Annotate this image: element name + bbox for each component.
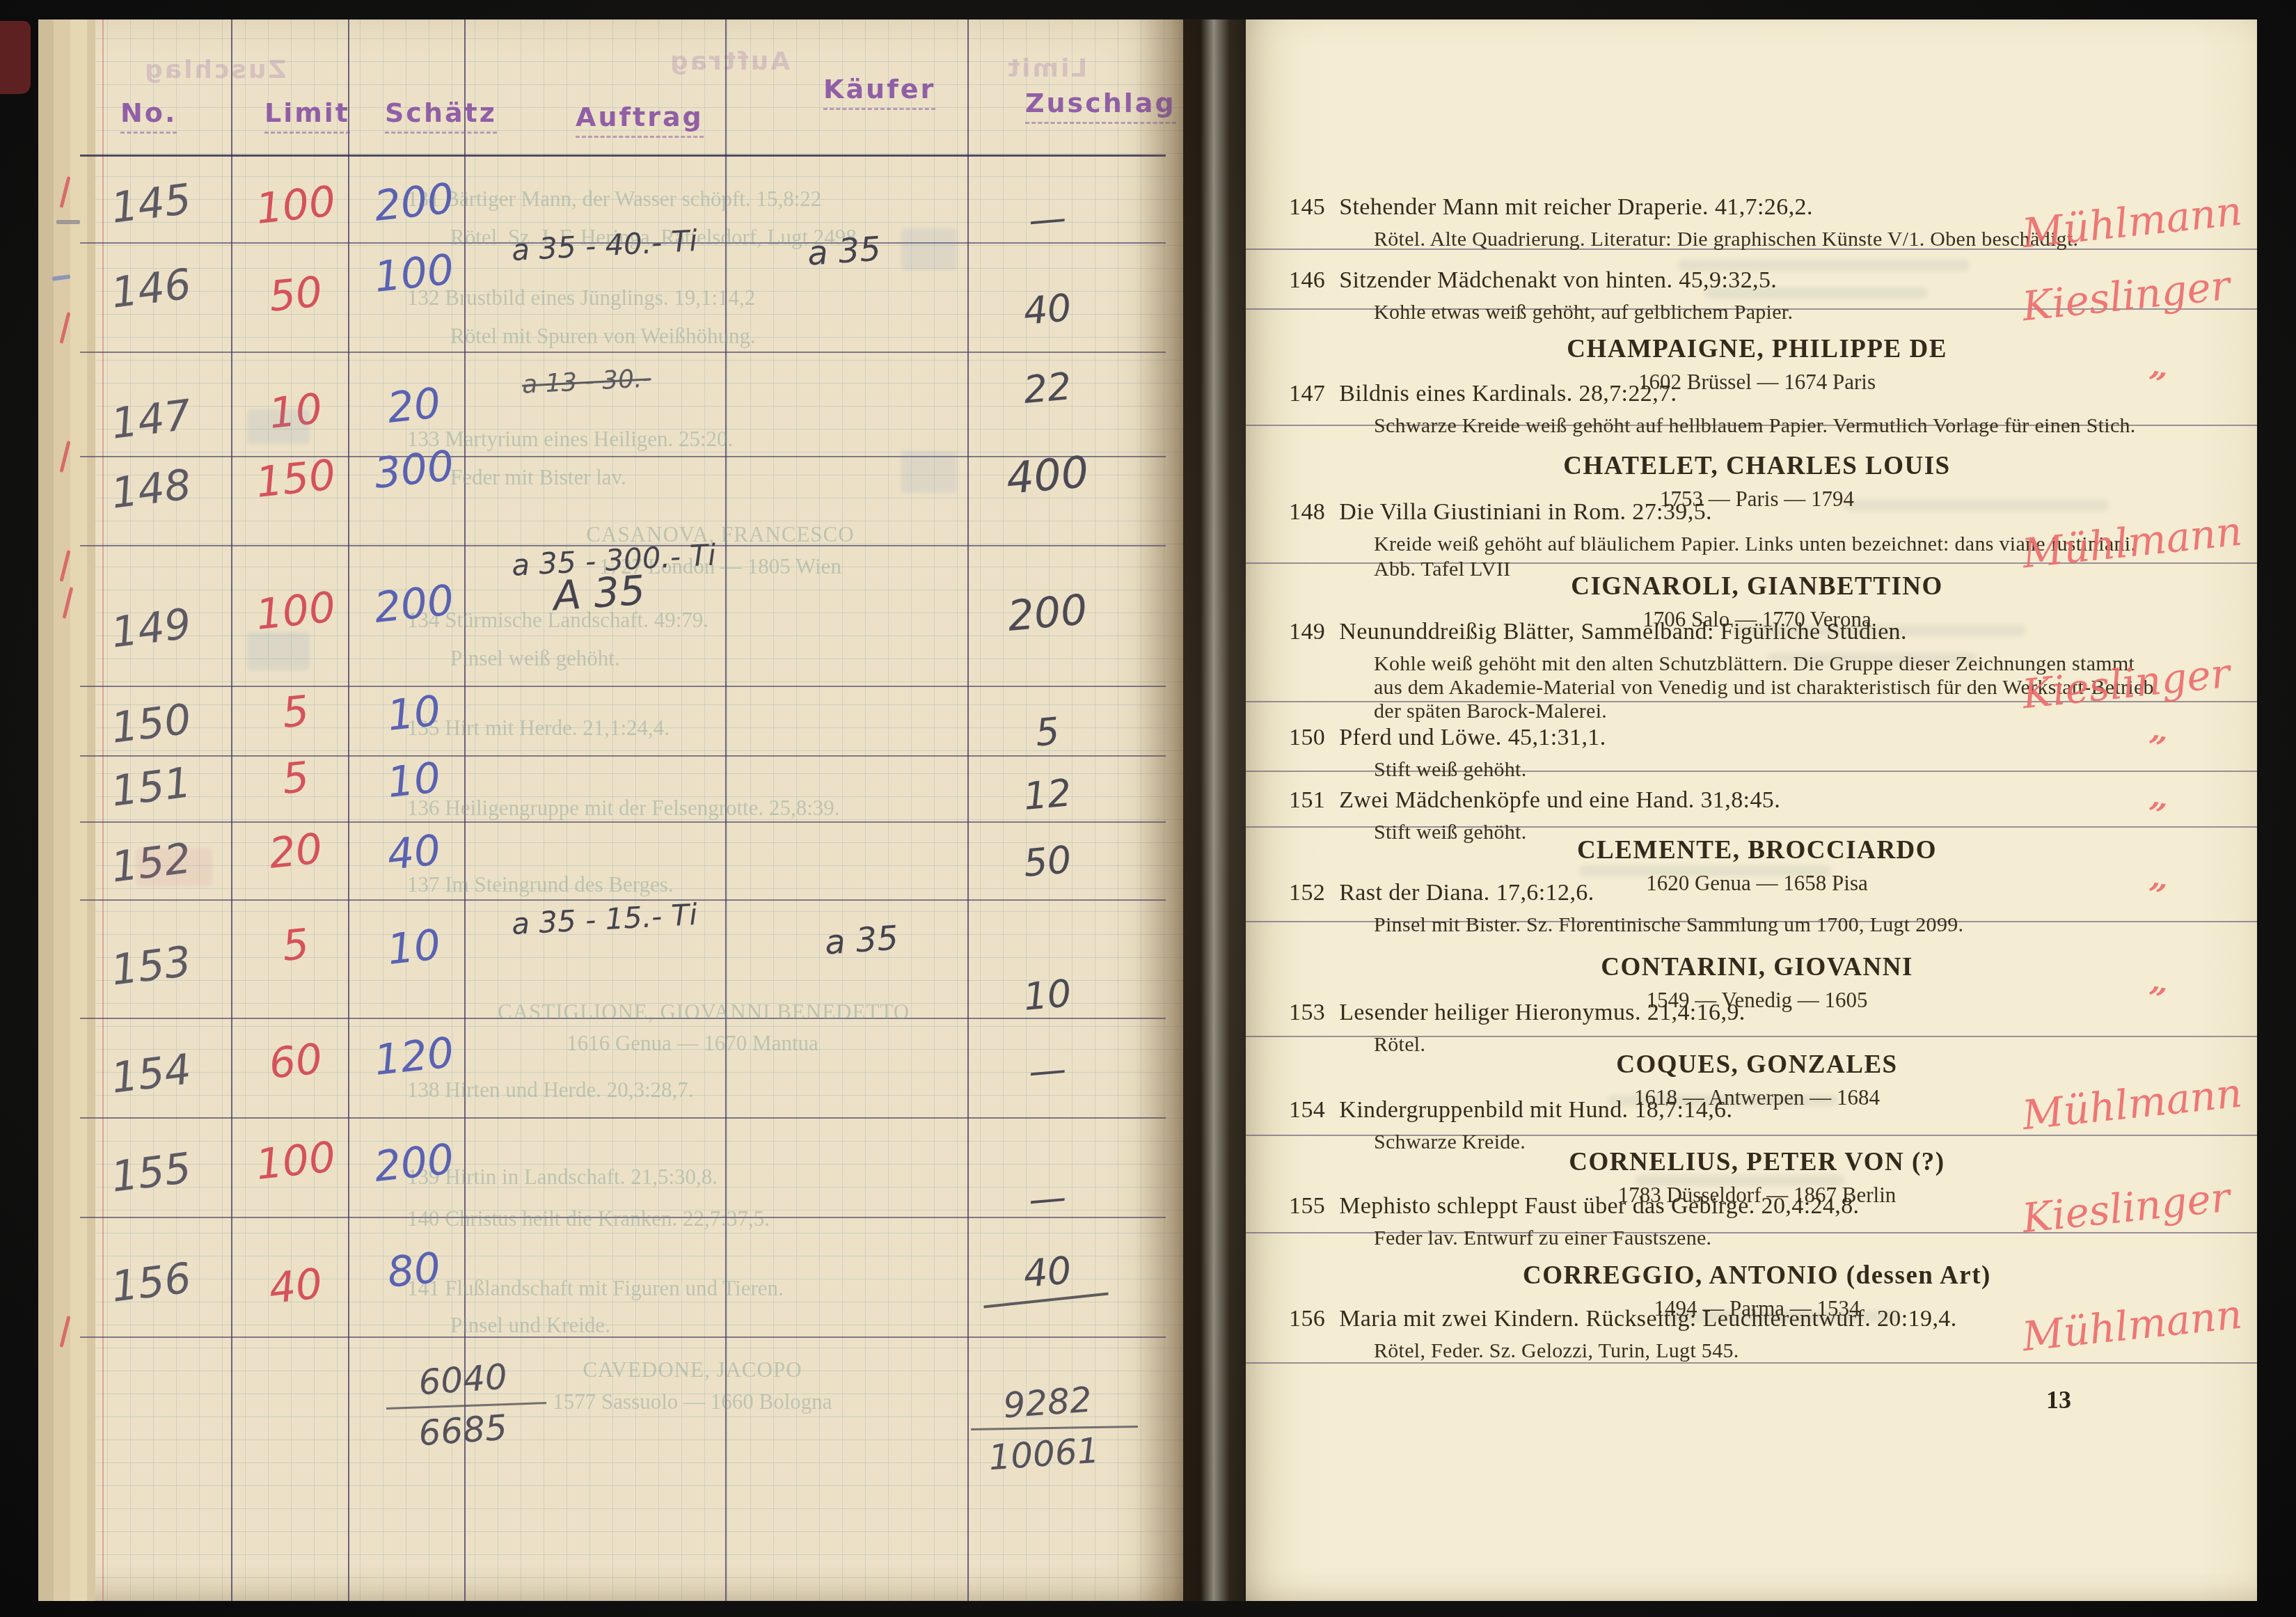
ghost-text: 140 Christus heilt die Kranken. 22,7:37,…	[407, 1206, 770, 1231]
ledger-page: Zuschlag Auftrag Limit No. Limit Schätz …	[38, 19, 1183, 1601]
page-edge-strip	[87, 19, 95, 1601]
zuschlag-value: 40	[976, 281, 1119, 337]
kaeufer-note: a 35	[806, 229, 882, 273]
ghost-text: Rötel mit Spuren von Weißhöhung.	[450, 324, 756, 349]
entry-title: Die Villa Giustiniani in Rom. 27:39,5.	[1339, 499, 1712, 525]
ghost-stamp: Zuschlag	[143, 56, 287, 84]
limit-value: 100	[235, 1130, 357, 1191]
ghost-text: CASTIGLIONE, GIOVANNI BENEDETTO	[498, 1000, 887, 1025]
kaeufer-note: a 35	[823, 918, 899, 962]
limit-value: 5	[235, 915, 357, 975]
zuschlag-value: —	[976, 1042, 1119, 1098]
scanned-ledger-spread: { "ledger": { "headers": {"no":"No.","li…	[0, 0, 2296, 1617]
entry-number: 147	[1289, 380, 1325, 408]
pencil-dash	[56, 220, 80, 224]
book-edge-mark	[0, 21, 31, 94]
entry-number: 153	[1289, 999, 1325, 1027]
artist-name: CONTARINI, GIOVANNI	[1289, 952, 2225, 982]
ghost-stamp: Auftrag	[668, 47, 790, 76]
catalog-entry-150: 150Pferd und Löwe. 45,1:31,1. Stift weiß…	[1289, 724, 2225, 782]
entry-number: 155	[1289, 1192, 1325, 1220]
column-rule	[231, 19, 232, 1601]
limit-value: 20	[235, 821, 357, 881]
entry-title: Rast der Diana. 17,6:12,6.	[1339, 880, 1594, 906]
entry-detail: Stift weiß gehöht.	[1374, 758, 2225, 782]
page-edge-strip	[38, 19, 54, 1601]
lot-number: 151	[109, 758, 193, 816]
ink-showthrough	[247, 632, 310, 670]
artist-name: COQUES, GONZALES	[1289, 1050, 2225, 1080]
artist-name: CORNELIUS, PETER VON (?)	[1289, 1147, 2225, 1177]
zuschlag-value: 200	[976, 583, 1118, 643]
entry-title: Kindergruppenbild mit Hund. 18,7:14,6.	[1339, 1097, 1732, 1123]
limit-value: 40	[235, 1256, 357, 1316]
zuschlag-value: —	[976, 191, 1119, 246]
entry-number: 148	[1289, 498, 1325, 526]
lot-number: 145	[109, 175, 193, 232]
entry-title: Bildnis eines Kardinals. 28,7:22,7.	[1339, 381, 1677, 407]
ghost-stamp: Limit	[1006, 54, 1087, 83]
entry-number: 149	[1289, 618, 1325, 646]
entry-number: 154	[1289, 1096, 1325, 1124]
lot-number: 150	[109, 695, 193, 752]
entry-number: 152	[1289, 879, 1325, 907]
header-limit: Limit	[264, 97, 350, 134]
header-no: No.	[120, 97, 177, 134]
ink-showthrough	[901, 228, 957, 270]
ink-showthrough	[136, 848, 212, 886]
kaeufer-note: A 35	[552, 566, 647, 620]
ink-showthrough	[247, 409, 310, 444]
zuschlag-value: 40	[976, 1244, 1119, 1300]
entry-title: Zwei Mädchenköpfe und eine Hand. 31,8:45…	[1339, 787, 1780, 813]
catalog-entry-147: 147Bildnis eines Kardinals. 28,7:22,7. S…	[1289, 380, 2225, 438]
limit-value: 150	[235, 448, 357, 509]
row-rule	[80, 686, 1166, 687]
entry-number: 150	[1289, 724, 1325, 752]
artist-name: CIGNAROLI, GIANBETTINO	[1289, 571, 2225, 601]
lot-number: 147	[109, 391, 193, 448]
lot-number: 155	[109, 1144, 193, 1201]
auftrag-note-struck: a 13 - 30.-	[521, 364, 651, 400]
schaetz-value: 300	[349, 439, 479, 500]
artist-name: CHAMPAIGNE, PHILIPPE DE	[1289, 334, 2225, 364]
entry-number: 146	[1289, 267, 1325, 294]
ink-showthrough	[901, 451, 957, 493]
header-schaetz: Schätz	[385, 97, 497, 134]
zuschlag-value: 50	[976, 833, 1119, 889]
page-edge-strip	[70, 19, 87, 1601]
margin-rule	[102, 19, 104, 1601]
limit-value: 60	[235, 1031, 357, 1091]
artist-name: CLEMENTE, BROCCIARDO	[1289, 835, 2225, 865]
ghost-text: 1616 Genua — 1670 Mantua	[498, 1031, 887, 1056]
zuschlag-total: 9282	[966, 1377, 1128, 1428]
entry-title: Stehender Mann mit reicher Draperie. 41,…	[1339, 194, 1813, 220]
header-rule	[80, 155, 1166, 157]
limit-value: 5	[235, 748, 357, 808]
lot-number: 156	[109, 1254, 193, 1311]
zuschlag-value: 22	[976, 360, 1119, 416]
ghost-text: Pinsel weiß gehöht.	[450, 646, 620, 671]
ghost-text: 138 Hirten und Herde. 20,3:28,7.	[407, 1078, 694, 1103]
entry-detail: Schwarze Kreide weiß gehöht auf hellblau…	[1374, 414, 2225, 438]
catalog-page: 145Stehender Mann mit reicher Draperie. …	[1246, 19, 2257, 1601]
lot-number: 148	[109, 460, 193, 518]
limit-value: 5	[235, 681, 357, 742]
entry-title: Maria mit zwei Kindern. Rückseitig: Leuc…	[1339, 1306, 1956, 1332]
entry-number: 156	[1289, 1305, 1325, 1333]
ghost-text: Pinsel und Kreide.	[450, 1313, 610, 1338]
zuschlag-total-corrected: 10061	[963, 1428, 1125, 1480]
row-rule	[80, 352, 1166, 353]
page-edge-strip	[54, 19, 70, 1601]
row-rule	[80, 1336, 1166, 1338]
auftrag-note: a 35 - 15.- Ti	[511, 897, 698, 941]
schaetz-value: 200	[349, 172, 479, 233]
artist-name: CORREGGIO, ANTONIO (dessen Art)	[1289, 1261, 2225, 1291]
page-number: 13	[2046, 1385, 2071, 1414]
schaetz-value: 10	[349, 917, 479, 978]
lot-number: 146	[109, 260, 193, 317]
entry-number: 151	[1289, 787, 1325, 814]
entry-title: Mephisto schleppt Faust über das Gebirge…	[1339, 1193, 1859, 1219]
limit-total-corrected: 6685	[381, 1405, 544, 1456]
entry-number: 145	[1289, 194, 1325, 221]
entry-title: Pferd und Löwe. 45,1:31,1.	[1339, 725, 1606, 750]
catalog-entry-153: 153Lesender heiliger Hieronymus. 21,4:16…	[1289, 999, 2225, 1057]
ghost-text: 137 Im Steingrund des Berges.	[407, 872, 674, 897]
header-auftrag: Auftrag	[576, 102, 704, 138]
catalog-entry-152: 152Rast der Diana. 17,6:12,6. Pinsel mit…	[1289, 879, 2225, 937]
limit-value: 50	[235, 264, 357, 324]
zuschlag-value: 5	[976, 704, 1119, 759]
lot-number: 153	[109, 937, 193, 995]
entry-detail: Pinsel mit Bister. Sz. Florentinische Sa…	[1374, 913, 2225, 937]
entry-title: Sitzender Mädchenakt von hinten. 45,9:32…	[1339, 267, 1777, 293]
row-rule	[80, 1117, 1166, 1119]
artist-name: CHATELET, CHARLES LOUIS	[1289, 451, 2225, 481]
zuschlag-value: 12	[976, 766, 1119, 822]
ghost-text: CAVEDONE, JACOPO	[498, 1357, 887, 1382]
entry-title: Lesender heiliger Hieronymus. 21,4:16,9.	[1339, 1000, 1745, 1025]
ghost-text: 136 Heiligengruppe mit der Felsengrotte.…	[407, 796, 840, 821]
lot-number: 149	[109, 599, 193, 657]
ghost-text: CASANOVA, FRANCESCO	[525, 522, 915, 547]
entry-title: Neununddreißig Blätter, Sammelband: Figü…	[1339, 619, 1907, 645]
zuschlag-value: 400	[976, 443, 1119, 506]
ghost-text: 1577 Sassuolo — 1660 Bologna	[498, 1389, 887, 1414]
row-rule	[80, 821, 1166, 823]
zuschlag-value: 10	[976, 967, 1119, 1023]
column-rule	[967, 19, 969, 1601]
limit-value: 100	[235, 175, 357, 235]
header-kaeufer: Käufer	[823, 74, 935, 110]
lot-number: 154	[109, 1045, 193, 1103]
